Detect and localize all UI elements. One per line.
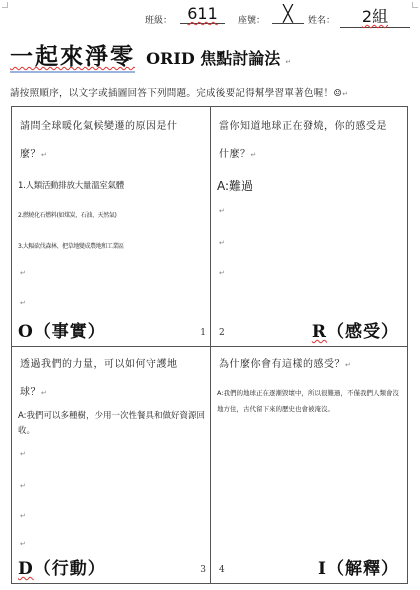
stage-label-objective: O（事實） — [18, 317, 106, 342]
student-info-line: 班級： 611 座號： ╳ 姓名： 2組 — [140, 6, 420, 28]
stage-label-decisional: D（行動） — [18, 554, 106, 579]
paragraph-mark: ↵ — [251, 151, 257, 159]
question-text: 請問全球暖化氣候變遷的原因是什 麼？↵ — [20, 113, 204, 169]
cell-number: 3 — [200, 565, 206, 575]
cell-decisional[interactable]: 透過我們的力量，可以如何守護地 球？↵ A:我們可以多種樹，少用一次性餐具和做好… — [12, 347, 211, 583]
question-line: 為什麼你會有這樣的感受？↵ — [219, 351, 401, 379]
paragraph-mark: ↵ — [20, 540, 26, 548]
question-text: 為什麼你會有這樣的感受？↵ — [219, 351, 401, 379]
answer-line: A:我們可以多種樹，少用一次性餐具和做好資源回收。 — [18, 409, 206, 439]
title-main: 一起來淨零 — [10, 43, 135, 73]
stage-label-reflective: R（感受） — [312, 317, 399, 342]
cell-number: 1 — [200, 328, 206, 338]
stage-text: （解釋） — [327, 559, 399, 579]
paragraph-mark: ↵ — [219, 239, 225, 247]
instruction-label: 請按照順序，以文字或插圖回答下列問題。完成後要記得幫學習單著色喔！☺ — [10, 88, 342, 99]
cell-objective[interactable]: 請問全球暖化氣候變遷的原因是什 麼？↵ 1.人類活動排放大量溫室氣體 2.燃燒化… — [12, 107, 211, 347]
stage-text: （行動） — [34, 559, 106, 579]
question-line-text: 球？ — [20, 387, 41, 398]
question-line: 什麼？↵ — [219, 141, 401, 169]
question-text: 當你知道地球正在發燒，你的感受是 什麼？↵ — [219, 113, 401, 169]
answer-line: 2.燃燒化石燃料(如煤炭、石油、天然氣) — [18, 210, 116, 219]
seat-label: 座號： — [238, 13, 265, 26]
paragraph-mark: ↵ — [20, 269, 26, 277]
paragraph-mark: ↵ — [345, 361, 351, 369]
stage-letter: R — [312, 322, 327, 342]
question-line-text: 為什麼你會有這樣的感受？ — [219, 359, 345, 370]
stage-letter: I — [318, 559, 327, 579]
question-line: 麼？↵ — [20, 141, 204, 169]
question-line: 球？↵ — [20, 379, 204, 407]
question-text: 透過我們的力量，可以如何守護地 球？↵ — [20, 351, 204, 407]
name-field[interactable]: 2組 — [340, 4, 410, 28]
paragraph-mark: ↵ — [41, 389, 47, 397]
cell-reflective[interactable]: 當你知道地球正在發燒，你的感受是 什麼？↵ A:難過 ↵ ↵ ↵ 2 R（感受） — [211, 107, 407, 347]
paragraph-mark: ↵ — [41, 151, 47, 159]
answer-line: 1.人類活動排放大量溫室氣體 — [18, 179, 124, 191]
orid-table: 請問全球暖化氣候變遷的原因是什 麼？↵ 1.人類活動排放大量溫室氣體 2.燃燒化… — [11, 106, 408, 584]
question-line-text: 麼？ — [20, 149, 41, 160]
instruction-text: 請按照順序，以文字或插圖回答下列問題。完成後要記得幫學習單著色喔！☺↵ — [10, 85, 348, 99]
paragraph-mark: ↵ — [20, 299, 26, 307]
stage-letter: D — [18, 559, 34, 579]
stage-text: （感受） — [327, 322, 399, 342]
stage-text: （事實） — [34, 322, 106, 342]
paragraph-mark: ↵ — [342, 90, 348, 98]
cell-number: 4 — [219, 565, 225, 575]
stage-letter: O — [18, 322, 34, 342]
stage-label-interpretive: I（解釋） — [318, 554, 399, 579]
answer-line: A:我們的地球正在逐漸毀壞中，所以很難過，不僅我們人類會沒地方住，古代留下來的歷… — [217, 385, 403, 417]
paragraph-mark: ↵ — [20, 450, 26, 458]
paragraph-mark: ↵ — [285, 58, 291, 66]
question-line: 當你知道地球正在發燒，你的感受是 — [219, 113, 401, 141]
question-line: 請問全球暖化氣候變遷的原因是什 — [20, 113, 204, 141]
paragraph-mark: ↵ — [20, 482, 26, 490]
name-label: 姓名： — [308, 13, 335, 26]
seat-field[interactable]: ╳ — [272, 4, 304, 24]
paragraph-mark: ↵ — [219, 207, 225, 215]
page-corner-mark — [2, 2, 8, 8]
answer-line: 3.大幅砍伐森林、把草地變成農地和工業區 — [18, 241, 124, 250]
question-line: 透過我們的力量，可以如何守護地 — [20, 351, 204, 379]
cell-number: 2 — [219, 328, 225, 338]
title-sub: ORID 焦點討論法 — [146, 49, 280, 68]
cell-interpretive[interactable]: 為什麼你會有這樣的感受？↵ A:我們的地球正在逐漸毀壞中，所以很難過，不僅我們人… — [211, 347, 407, 583]
answer-line: A:難過 — [217, 177, 253, 194]
class-label: 班級： — [145, 13, 172, 26]
worksheet-title: 一起來淨零 ORID 焦點討論法 ↵ — [10, 38, 291, 71]
question-line-text: 什麼？ — [219, 149, 251, 160]
paragraph-mark: ↵ — [219, 269, 225, 277]
class-field[interactable]: 611 — [180, 4, 225, 24]
paragraph-mark: ↵ — [20, 512, 26, 520]
